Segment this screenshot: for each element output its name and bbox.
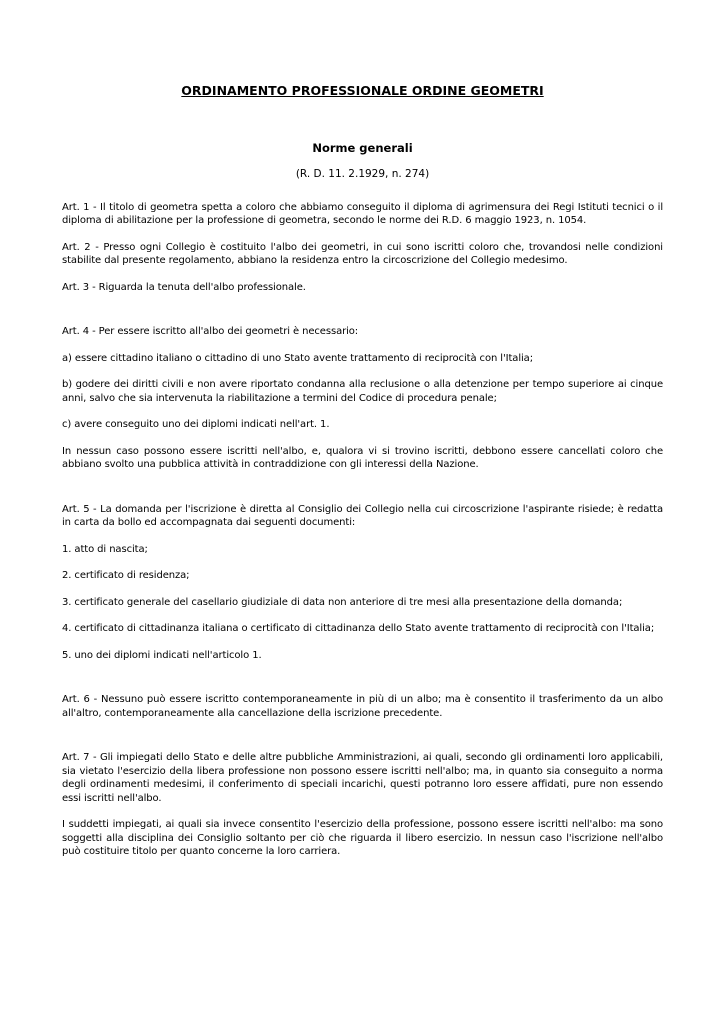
paragraph: a) essere cittadino italiano o cittadino…: [62, 352, 663, 366]
paragraph: 4. certificato di cittadinanza italiana …: [62, 622, 663, 636]
paragraph: In nessun caso possono essere iscritti n…: [62, 445, 663, 472]
document-title: ORDINAMENTO PROFESSIONALE ORDINE GEOMETR…: [62, 83, 663, 99]
paragraph: Art. 5 - La domanda per l'iscrizione è d…: [62, 503, 663, 530]
decree-reference: (R. D. 11. 2.1929, n. 274): [62, 168, 663, 182]
document-body: Art. 1 - Il titolo di geometra spetta a …: [62, 201, 663, 859]
paragraph: I suddetti impiegati, ai quali sia invec…: [62, 818, 663, 859]
paragraph: Art. 7 - Gli impiegati dello Stato e del…: [62, 751, 663, 805]
section-heading: Norme generali: [62, 141, 663, 156]
paragraph: 1. atto di nascita;: [62, 543, 663, 557]
paragraph: 5. uno dei diplomi indicati nell'articol…: [62, 649, 663, 663]
paragraph: Art. 2 - Presso ogni Collegio è costitui…: [62, 241, 663, 268]
paragraph: Art. 6 - Nessuno può essere iscritto con…: [62, 693, 663, 720]
paragraph: Art. 1 - Il titolo di geometra spetta a …: [62, 201, 663, 228]
paragraph: b) godere dei diritti civili e non avere…: [62, 378, 663, 405]
paragraph: Art. 4 - Per essere iscritto all'albo de…: [62, 325, 663, 339]
paragraph: Art. 3 - Riguarda la tenuta dell'albo pr…: [62, 281, 663, 295]
paragraph: c) avere conseguito uno dei diplomi indi…: [62, 418, 663, 432]
document-page: ORDINAMENTO PROFESSIONALE ORDINE GEOMETR…: [0, 0, 725, 1024]
paragraph: 2. certificato di residenza;: [62, 569, 663, 583]
paragraph: 3. certificato generale del casellario g…: [62, 596, 663, 610]
